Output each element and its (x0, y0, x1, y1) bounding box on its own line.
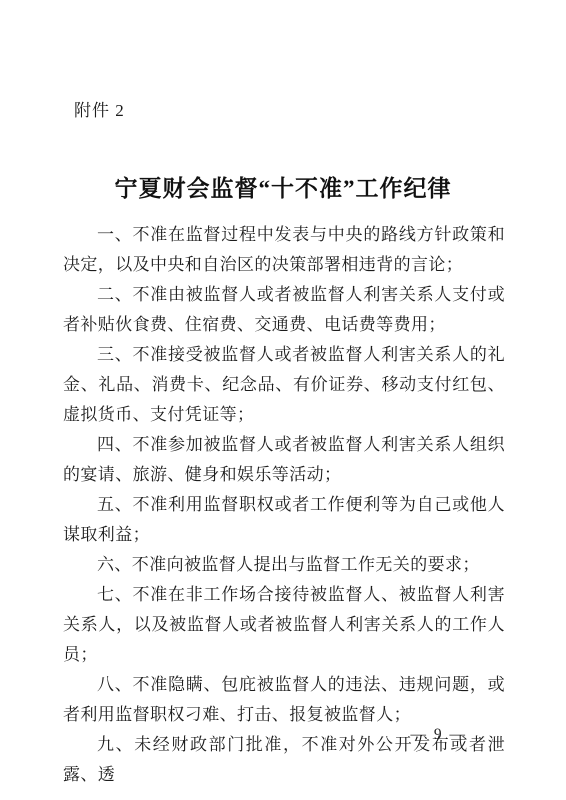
paragraph-rule-1: 一、不准在监督过程中发表与中央的路线方针政策和决定，以及中央和自治区的决策部署相… (63, 220, 505, 280)
paragraph-rule-8: 八、不准隐瞒、包庇被监督人的违法、违规问题，或者利用监督职权刁难、打击、报复被监… (63, 670, 505, 730)
document-title: 宁夏财会监督“十不准”工作纪律 (0, 170, 566, 203)
attachment-label: 附件 2 (74, 100, 125, 122)
paragraph-rule-7: 七、不准在非工作场合接待被监督人、被监督人利害关系人，以及被监督人或者被监督人利… (63, 580, 505, 670)
paragraph-rule-5: 五、不准利用监督职权或者工作便利等为自己或他人谋取利益； (63, 490, 505, 550)
document-page: 附件 2 宁夏财会监督“十不准”工作纪律 一、不准在监督过程中发表与中央的路线方… (0, 0, 566, 800)
document-body: 一、不准在监督过程中发表与中央的路线方针政策和决定，以及中央和自治区的决策部署相… (63, 220, 505, 790)
page-number: — 9 — (411, 726, 468, 744)
paragraph-rule-6: 六、不准向被监督人提出与监督工作无关的要求； (63, 550, 505, 580)
paragraph-rule-2: 二、不准由被监督人或者被监督人利害关系人支付或者补贴伙食费、住宿费、交通费、电话… (63, 280, 505, 340)
paragraph-rule-4: 四、不准参加被监督人或者被监督人利害关系人组织的宴请、旅游、健身和娱乐等活动； (63, 430, 505, 490)
paragraph-rule-3: 三、不准接受被监督人或者被监督人利害关系人的礼金、礼品、消费卡、纪念品、有价证券… (63, 340, 505, 430)
